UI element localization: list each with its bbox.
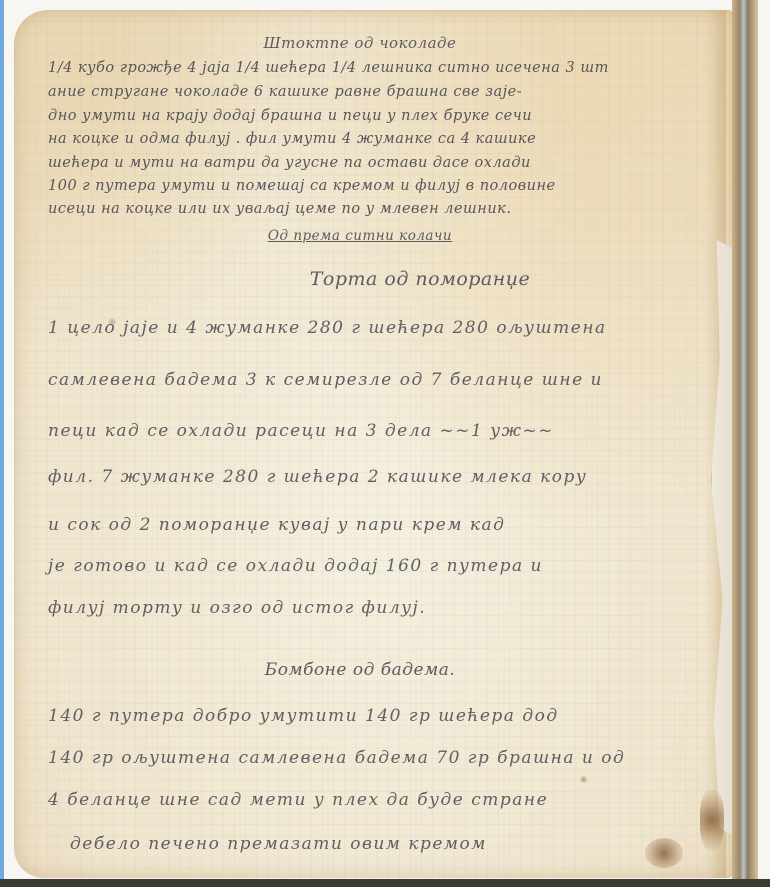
recipe-line: исеци на коцке или их уваљај цеме по у м… <box>48 201 511 217</box>
recipe-line: 100 г путера умути и помешај са кремом и… <box>48 178 556 194</box>
recipe-line: ание стругане чоколаде 6 кашике равне бр… <box>48 84 522 100</box>
recipe-subtitle: Од према ситни колачи <box>240 228 480 244</box>
recipe-line: дебело печено премазати овим кремом <box>70 834 487 854</box>
stain-spot <box>645 838 683 868</box>
recipe-line: фил. 7 жуманке 280 г шећера 2 кашике мле… <box>48 467 587 487</box>
recipe-line: шећера и мути на ватри да угусне па оста… <box>48 155 531 171</box>
scan-bottom-edge <box>0 879 770 887</box>
stain-spot <box>580 776 587 783</box>
recipe-line: 140 гр ољуштена самлевена бадема 70 гр б… <box>48 748 625 768</box>
scan-edge <box>0 0 4 887</box>
recipe-title: Бомбоне од бадема. <box>230 660 490 680</box>
recipe-line: филуј торту и озго од истог филуј. <box>48 598 426 618</box>
recipe-line: на коцке и одма филуј . фил умути 4 жума… <box>48 131 536 147</box>
recipe-line: самлевена бадема 3 к семирезле од 7 бела… <box>48 370 603 390</box>
recipe-line: и сок од 2 поморанџе кувај у пари крем к… <box>48 515 505 535</box>
recipe-line: пеци кад се охлади расеци на 3 дела ~~1 … <box>48 421 554 441</box>
recipe-title: Штоктпе од чоколаде <box>230 34 490 52</box>
recipe-title: Торта од поморанџе <box>240 268 600 290</box>
recipe-line: 1 цело јаје и 4 жуманке 280 г шећера 280… <box>48 318 607 338</box>
recipe-line: 140 г путера добро умутити 140 гр шећера… <box>48 706 559 726</box>
recipe-line: 4 беланце шне сад мети у плех да буде ст… <box>48 790 548 810</box>
scanned-page: Штоктпе од чоколаде 1/4 кубо грожђе 4 ја… <box>0 0 770 887</box>
stain-spot <box>700 790 724 850</box>
notebook-binding <box>732 0 758 887</box>
recipe-line: је готово и кад се охлади додај 160 г пу… <box>48 556 543 576</box>
recipe-line: дно умути на крају додај брашна и пеци у… <box>48 108 532 124</box>
recipe-line: 1/4 кубо грожђе 4 јаја 1/4 шећера 1/4 ле… <box>48 60 609 76</box>
